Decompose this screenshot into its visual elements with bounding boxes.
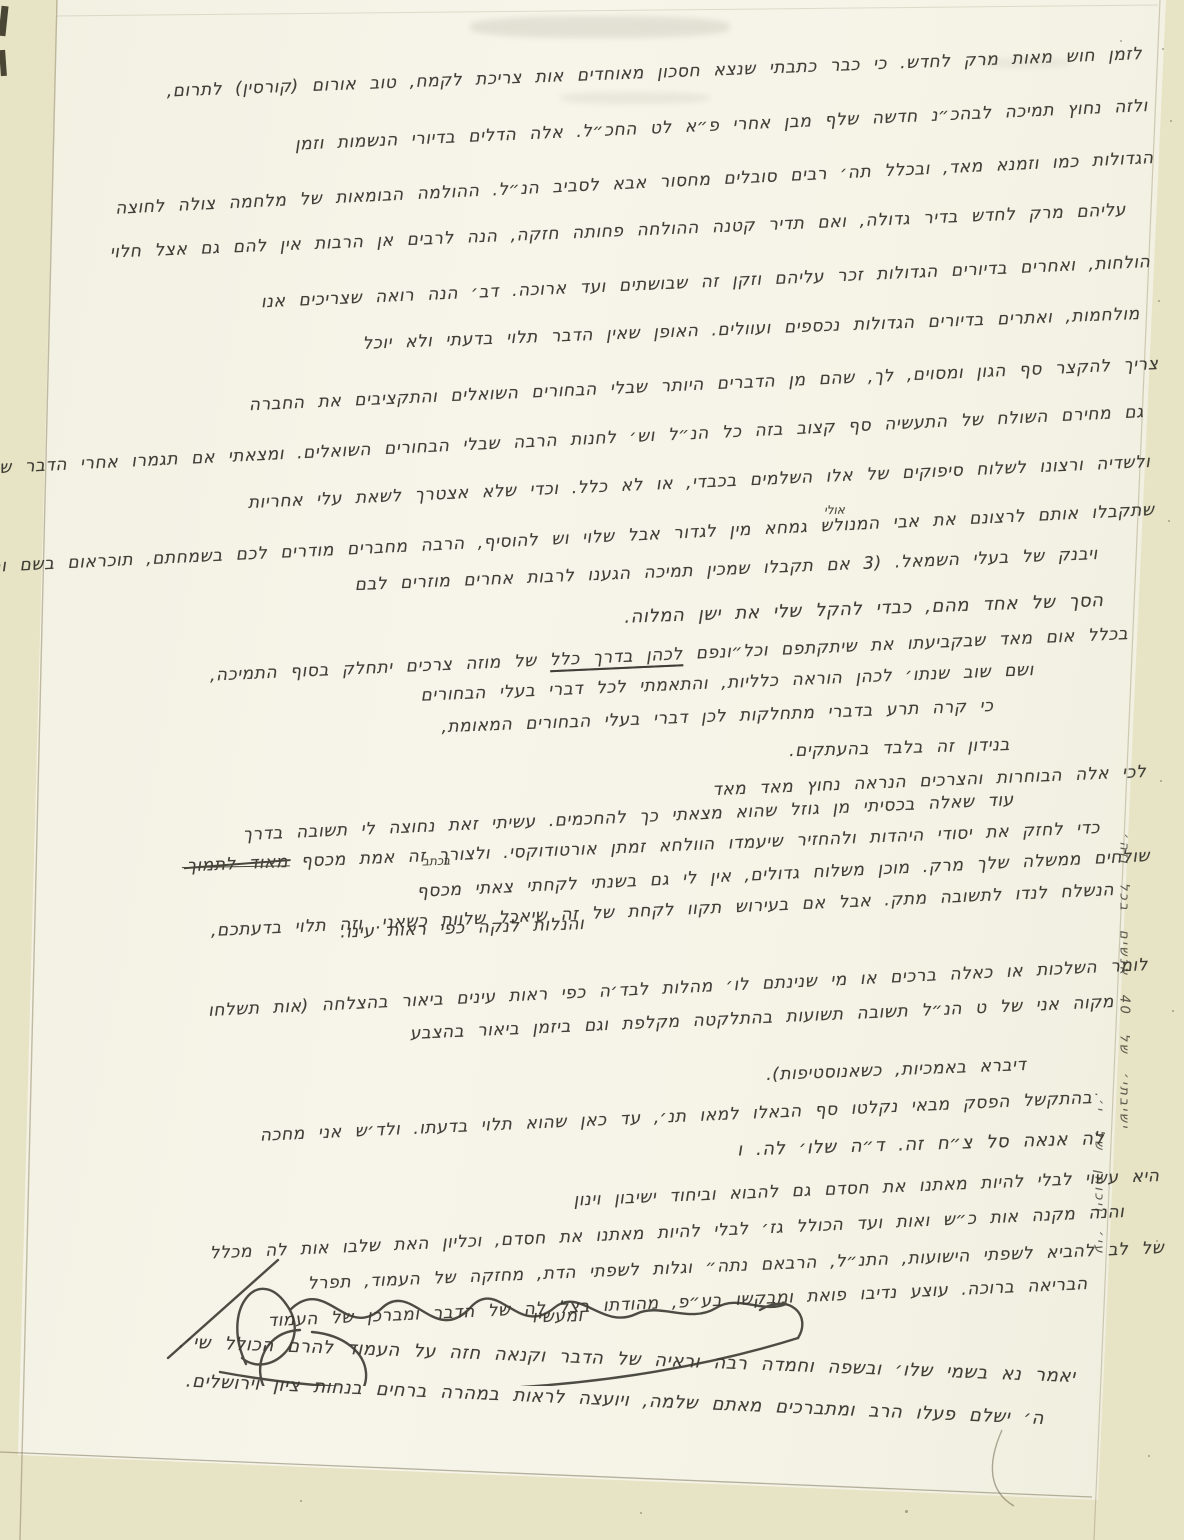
margin-note-vertical: ישיבתי׳ של 40 אנשים בכל וזה׳ bbox=[1117, 833, 1132, 1130]
scanned-letter-canvas: { "document": { "kind": "scanned handwri… bbox=[0, 0, 1184, 1540]
scan-speck bbox=[1170, 120, 1172, 122]
scan-speck bbox=[1172, 1010, 1174, 1012]
scan-speck bbox=[1158, 300, 1160, 302]
struck-out-text: מאוד לתמוך bbox=[186, 852, 288, 876]
scan-speck bbox=[1160, 780, 1162, 782]
scan-speck bbox=[300, 1500, 302, 1502]
scan-speck bbox=[1168, 520, 1170, 522]
pencil-smudge bbox=[560, 92, 710, 104]
scan-speck bbox=[1120, 40, 1122, 42]
interlinear-note: בכתב bbox=[422, 854, 451, 869]
scan-speck bbox=[905, 1510, 908, 1513]
handwritten-line: ומעשיו bbox=[532, 1306, 583, 1327]
scan-speck bbox=[1156, 1240, 1158, 1242]
pencil-smudge bbox=[470, 16, 730, 38]
scan-edge-mark bbox=[0, 6, 9, 37]
margin-note-vertical: עי׳ ויכוחן של י׳. bbox=[1091, 1093, 1106, 1255]
scan-edge-mark bbox=[0, 50, 7, 76]
scan-speck bbox=[640, 1512, 642, 1514]
interlinear-note: אולי bbox=[824, 503, 845, 518]
scan-speck bbox=[1162, 48, 1164, 50]
scan-speck bbox=[1148, 1455, 1150, 1457]
